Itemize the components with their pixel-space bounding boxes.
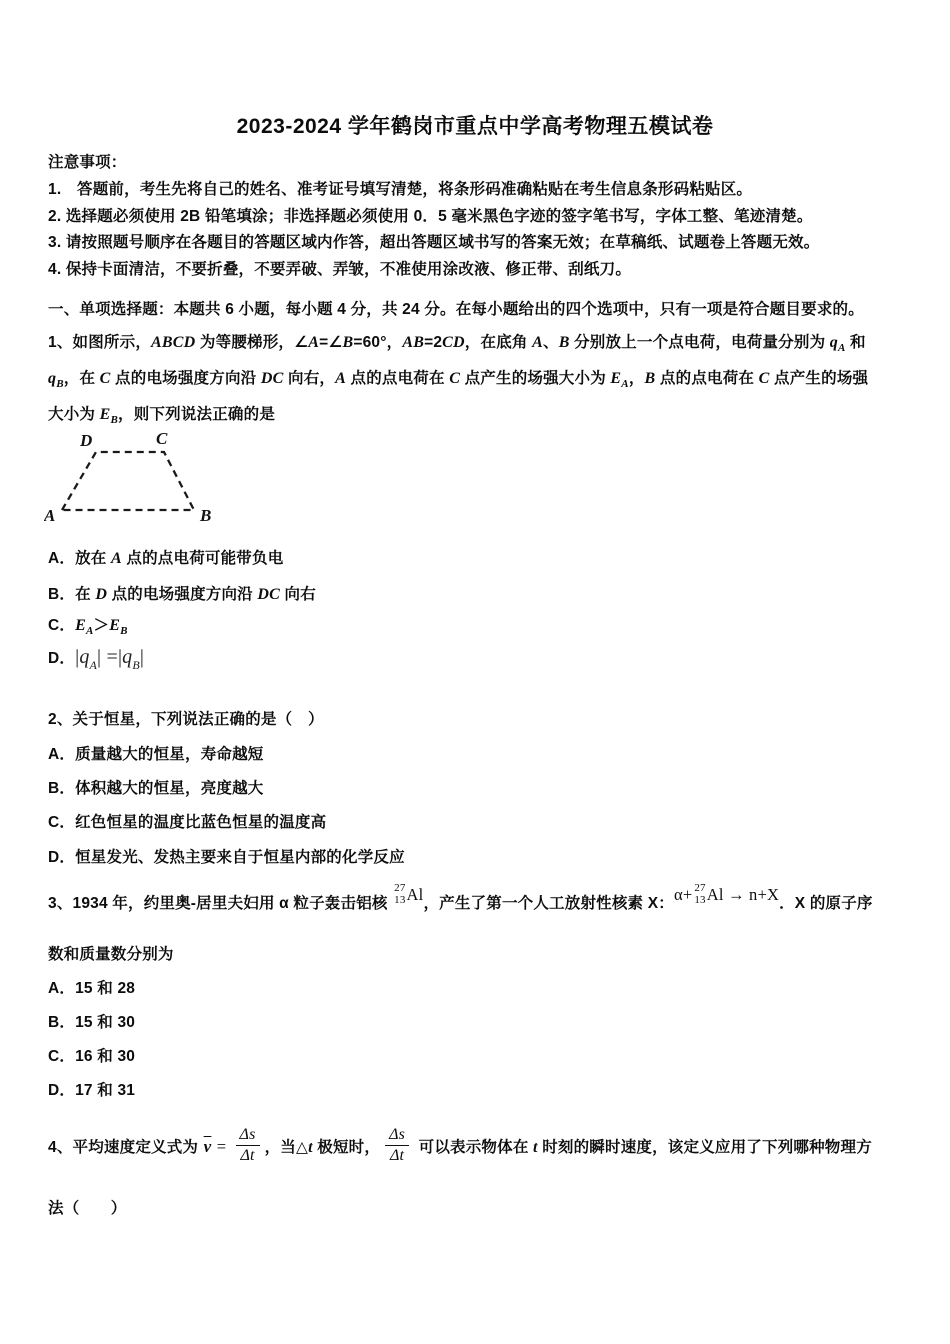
question-4-text-line-2: 法（ ） bbox=[48, 1196, 127, 1218]
exam-title: 2023-2024 学年鹤岗市重点中学高考物理五模试卷 bbox=[0, 110, 950, 140]
question-1-text-line-1: 1、如图所示，ABCD 为等腰梯形，∠A=∠B=60°，AB=2CD，在底角 A… bbox=[48, 330, 866, 354]
question-2-option-d: D．恒星发光、发热主要来自于恒星内部的化学反应 bbox=[48, 845, 405, 867]
question-1-option-b: B．在 D 点的电场强度方向沿 DC 向右 bbox=[48, 582, 316, 604]
vertex-label-b: B bbox=[199, 506, 211, 525]
question-3-option-a: A．15 和 28 bbox=[48, 976, 135, 998]
question-1-option-c: C．EA＞EB bbox=[48, 613, 128, 637]
vertex-label-d: D bbox=[79, 431, 92, 450]
question-3-option-c: C．16 和 30 bbox=[48, 1044, 135, 1066]
vertex-label-c: C bbox=[156, 429, 168, 448]
trapezoid-outline bbox=[62, 452, 194, 510]
question-1-option-d: D．|qA| =|qB| bbox=[48, 646, 144, 673]
question-2-option-c: C．红色恒星的温度比蓝色恒星的温度高 bbox=[48, 810, 326, 832]
question-3-text-line-2: 数和质量数分别为 bbox=[48, 942, 174, 964]
question-2-option-b: B．体积越大的恒星，亮度越大 bbox=[48, 776, 264, 798]
question-2-text: 2、关于恒星，下列说法正确的是（ ） bbox=[48, 707, 324, 729]
question-2-option-a: A．质量越大的恒星，寿命越短 bbox=[48, 742, 264, 764]
question-1-option-a: A．放在 A 点的点电荷可能带负电 bbox=[48, 546, 283, 568]
notice-item-1: 1. 答题前，考生先将自己的姓名、准考证号填写清楚，将条形码准确粘贴在考生信息条… bbox=[48, 177, 752, 199]
question-3-option-d: D．17 和 31 bbox=[48, 1078, 135, 1100]
trapezoid-figure: D C A B bbox=[44, 428, 274, 533]
vertex-label-a: A bbox=[44, 506, 55, 525]
question-3-text-line-1: 3、1934 年，约里奥-居里夫妇用 α 粒子轰击铝核 2713Al，产生了第一… bbox=[48, 890, 873, 914]
question-4-text-line-1: 4、平均速度定义式为 v = ΔsΔt，当△t 极短时，ΔsΔt 可以表示物体在… bbox=[48, 1128, 872, 1168]
question-1-text-line-3: 大小为 EB，则下列说法正确的是 bbox=[48, 402, 275, 426]
exam-paper-page: 2023-2024 学年鹤岗市重点中学高考物理五模试卷 注意事项： 1. 答题前… bbox=[0, 0, 950, 1344]
section-header: 一、单项选择题：本题共 6 小题，每小题 4 分，共 24 分。在每小题给出的四… bbox=[48, 297, 864, 319]
notice-item-2: 2. 选择题必须使用 2B 铅笔填涂；非选择题必须使用 0．5 毫米黑色字迹的签… bbox=[48, 204, 813, 226]
notice-item-4: 4. 保持卡面清洁，不要折叠，不要弄破、弄皱，不准使用涂改液、修正带、刮纸刀。 bbox=[48, 257, 631, 279]
question-1-text-line-2: qB，在 C 点的电场强度方向沿 DC 向右，A 点的点电荷在 C 点产生的场强… bbox=[48, 366, 868, 390]
question-3-option-b: B．15 和 30 bbox=[48, 1010, 135, 1032]
notice-heading: 注意事项： bbox=[48, 150, 127, 172]
notice-item-3: 3. 请按照题号顺序在各题目的答题区域内作答，超出答题区域书写的答案无效；在草稿… bbox=[48, 230, 819, 252]
